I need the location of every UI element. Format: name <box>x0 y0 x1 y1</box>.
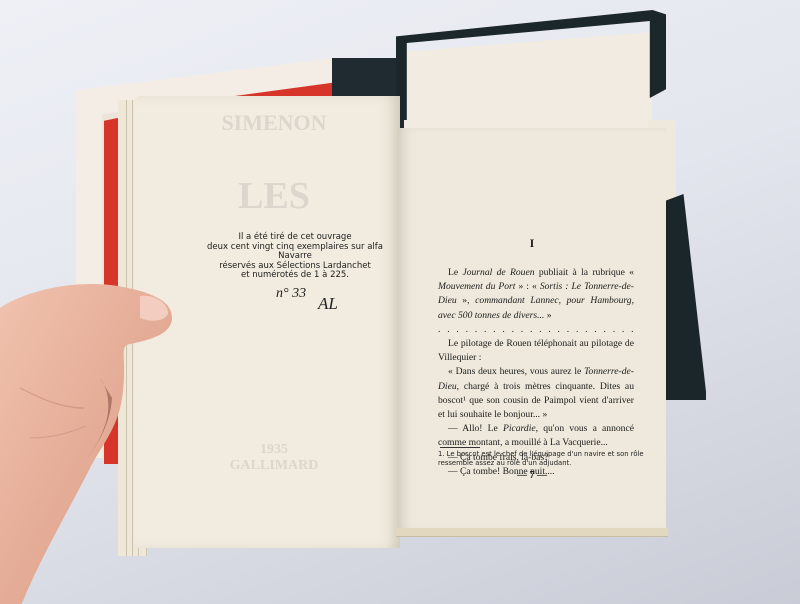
hand <box>0 278 176 604</box>
ellipsis-break: . . . . . . . . . . . . . . . . . . . . … <box>438 323 634 337</box>
show-through-year: 1935 <box>194 442 354 458</box>
paragraph: Le Journal de Rouen publiait à la rubriq… <box>438 266 634 323</box>
handwritten-copy-number: n° 33 <box>276 286 306 302</box>
colophon-line: et numérotés de 1 à 225. <box>200 271 390 281</box>
paragraph: « Dans deux heures, vous aurez le Tonner… <box>438 365 634 422</box>
colophon-line: deux cent vingt cinq exemplaires sur alf… <box>200 243 390 262</box>
show-through-author: SIMENON <box>194 110 354 136</box>
chapter-heading: I <box>398 236 666 251</box>
show-through-title: LES <box>194 174 354 218</box>
handwritten-initials: AL <box>318 294 338 314</box>
colophon: Il a été tiré de cet ouvrage deux cent v… <box>200 233 390 281</box>
footnote: 1. Le boscot est le chef de l'équipage d… <box>438 450 650 467</box>
page-number: — 7 — <box>398 470 666 481</box>
paragraph: Le pilotage de Rouen téléphonait au pilo… <box>438 337 634 365</box>
dark-slipcase-interior <box>404 32 652 142</box>
show-through-publisher: GALLIMARD <box>194 458 354 474</box>
book-cover-edge <box>396 528 668 537</box>
footnote-rule <box>440 447 480 448</box>
